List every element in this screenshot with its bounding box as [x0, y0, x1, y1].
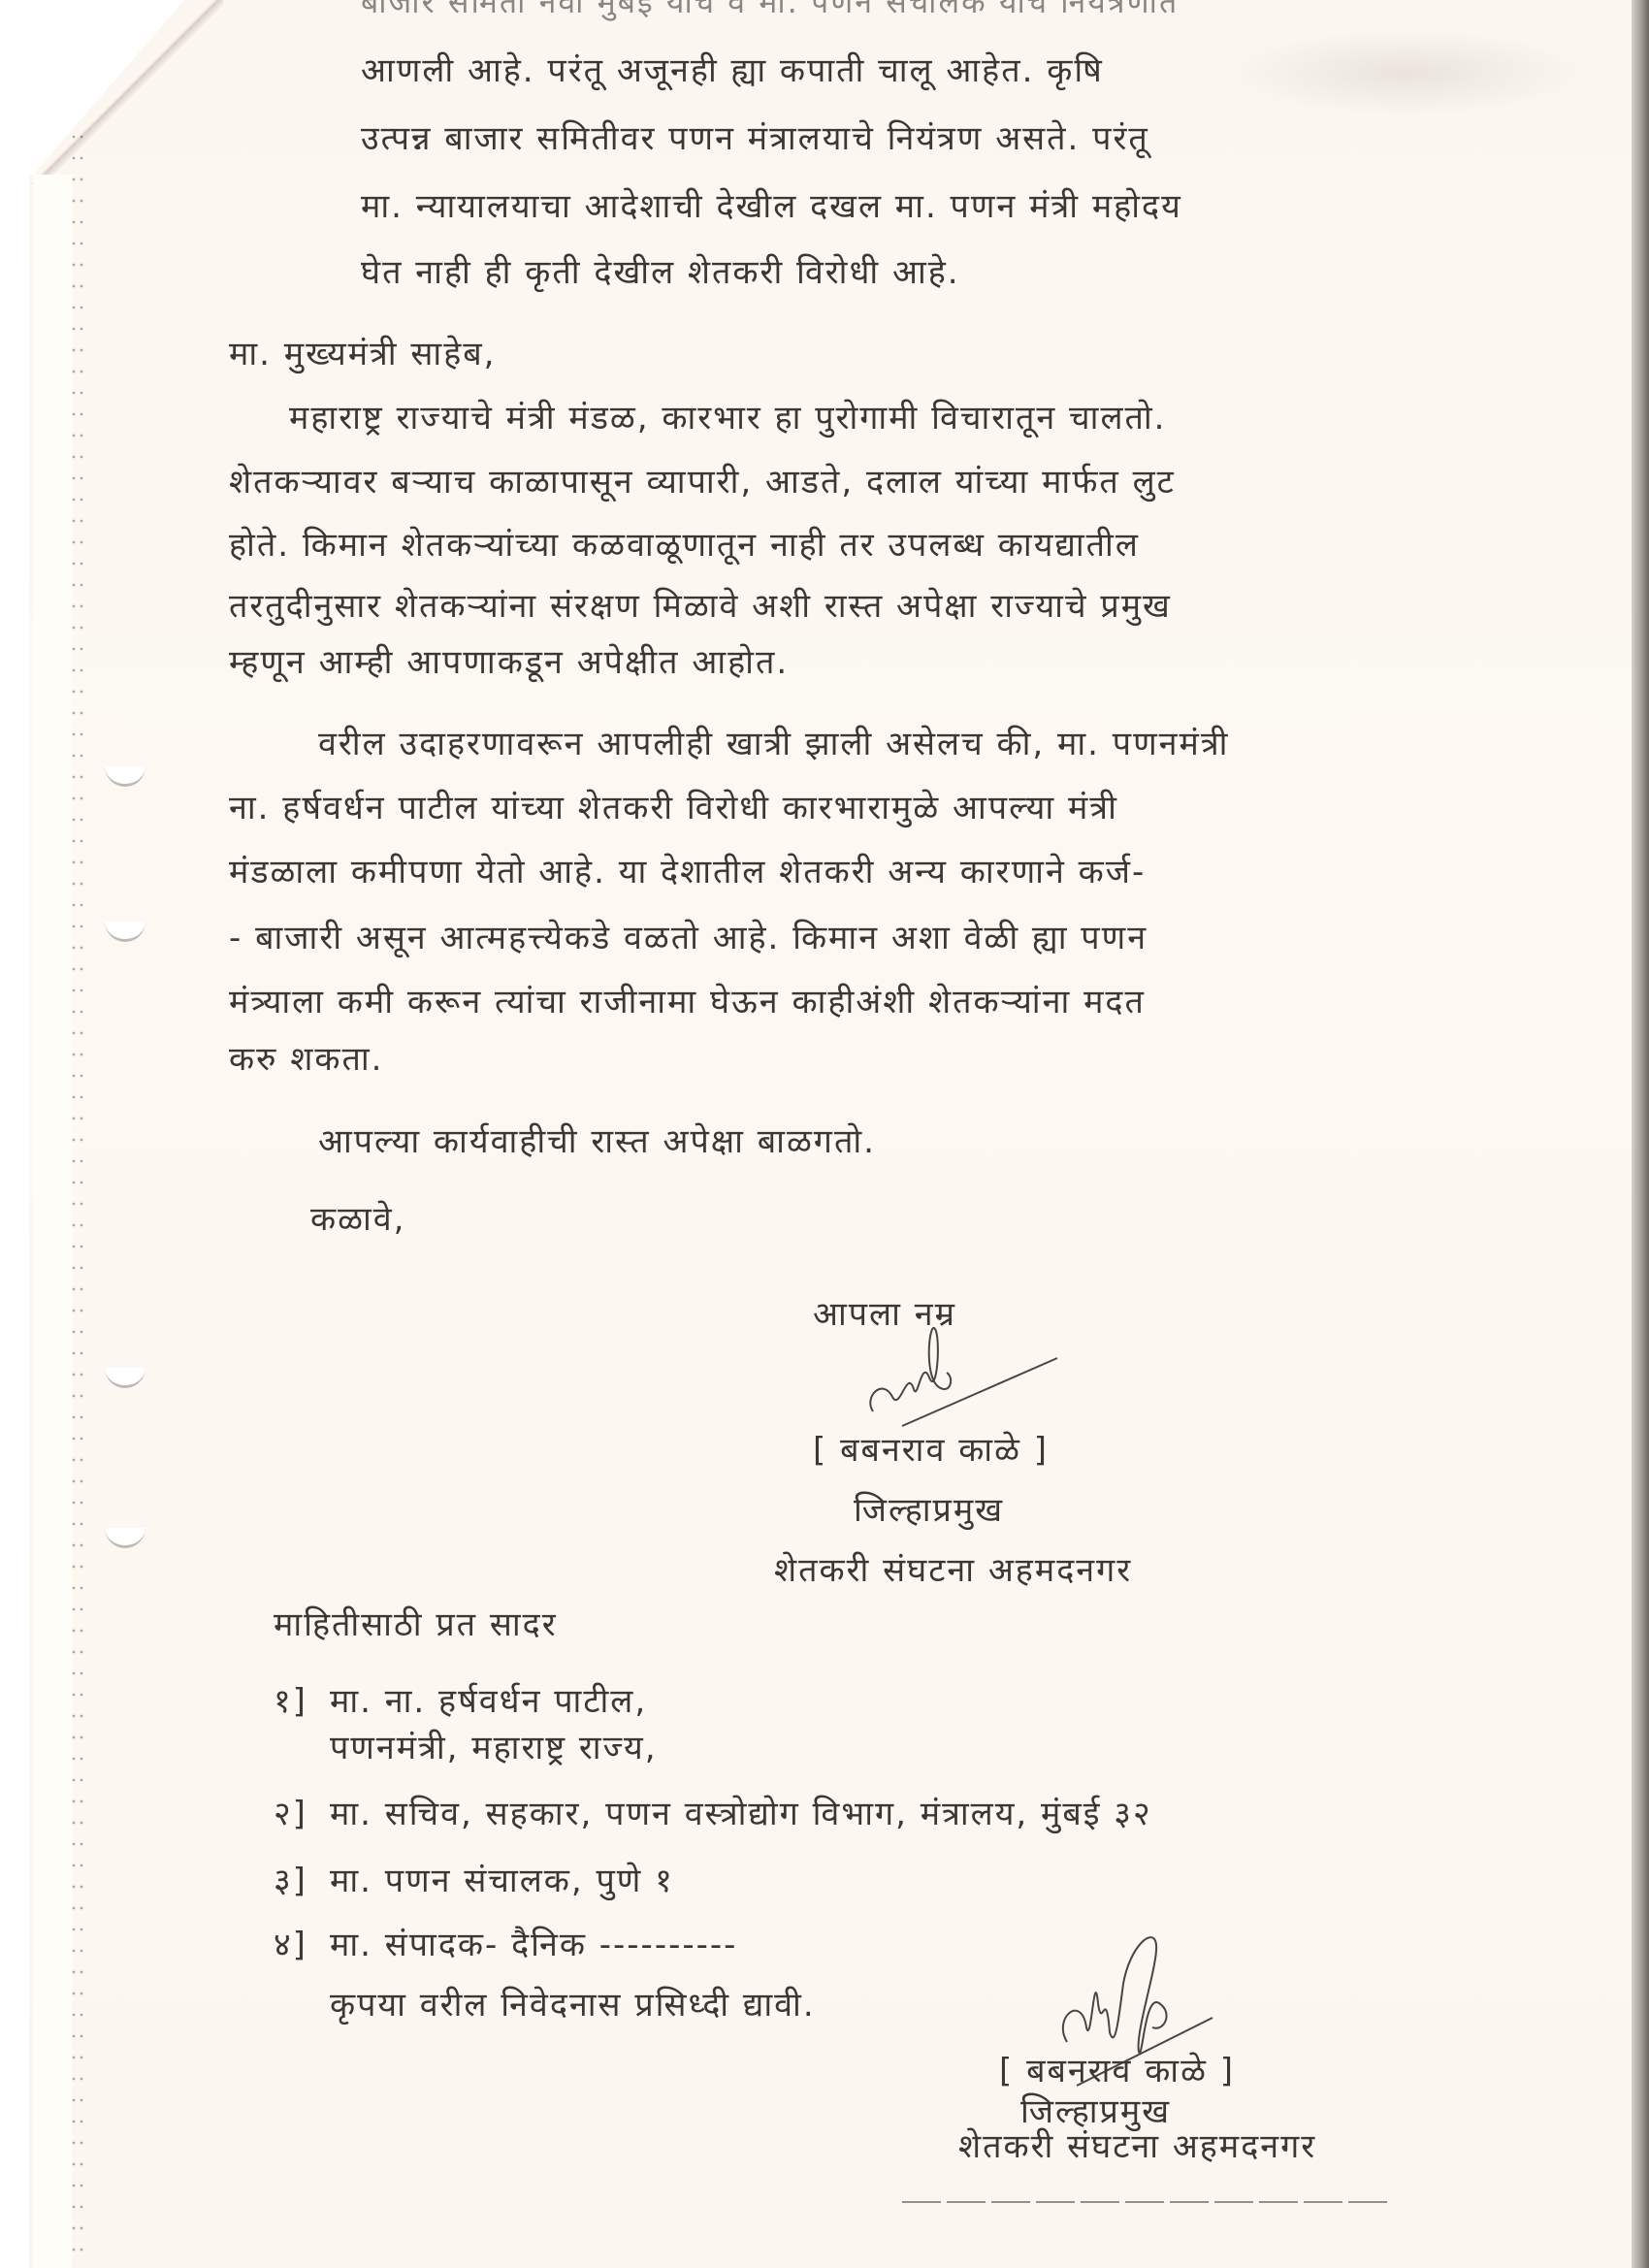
continued-line: आणली आहे. परंतू अजूनही ह्या कपाती चालू आ… — [361, 54, 1104, 87]
paragraph-2-line: करु शकता. — [229, 1043, 383, 1076]
copy-item-4-num: ४] — [274, 1928, 307, 1961]
signatory-name: [ बबनराव काळे ] — [813, 1434, 1049, 1467]
perforation-dots — [70, 126, 83, 2260]
fold-edge-shadow — [29, 0, 223, 184]
salutation: मा. मुख्यमंत्री साहेब, — [229, 338, 496, 371]
scan-edge-shadow — [1632, 0, 1649, 2268]
scan-smudge — [1222, 29, 1591, 116]
continued-line: उत्पन्न बाजार समितीवर पणन मंत्रालयाचे नि… — [361, 122, 1149, 155]
signature-1 — [854, 1319, 1077, 1436]
left-margin-strip — [33, 175, 72, 2268]
copy-item-2-num: २] — [274, 1798, 307, 1831]
signatory-2-name: [ बबनराव काळे ] — [999, 2055, 1235, 2088]
copy-item-1-line: पणनमंत्री, महाराष्ट्र राज्य, — [330, 1732, 658, 1765]
closing-kalave: कळावे, — [310, 1203, 405, 1236]
copy-item-1-num: १] — [274, 1685, 307, 1718]
continued-line-cut: बाजार समिती नवी मुंबई यांच व मा. पणन संच… — [361, 0, 1179, 17]
signatory-title: जिल्हाप्रमुख — [854, 1494, 1004, 1527]
copy-item-3-line: मा. पणन संचालक, पुणे १ — [330, 1864, 674, 1897]
paragraph-2-line: ना. हर्षवर्धन पाटील यांच्या शेतकरी विरोध… — [229, 792, 1118, 825]
closing-request: आपल्या कार्यवाहीची रास्त अपेक्षा बाळगतो. — [318, 1125, 876, 1158]
paragraph-2-line: मंडळाला कमीपणा येतो आहे. या देशातील शेतक… — [229, 856, 1146, 889]
paragraph-1-line: महाराष्ट्र राज्याचे मंत्री मंडळ, कारभार … — [289, 402, 1167, 435]
paragraph-2-line: मंत्र्याला कमी करून त्यांचा राजीनामा घेऊ… — [229, 986, 1146, 1019]
paragraph-1-line: होते. किमान शेतकऱ्यांच्या कळवाळूणातून ना… — [229, 529, 1140, 562]
paragraph-1-line: शेतकऱ्यावर बऱ्याच काळापासून व्यापारी, आड… — [229, 466, 1176, 499]
paragraph-2-line: वरील उदाहरणावरून आपलीही खात्री झाली असेल… — [318, 728, 1229, 761]
paragraph-1-line: म्हणून आम्ही आपणाकडून अपेक्षीत आहोत. — [229, 646, 789, 679]
copy-item-4-line: मा. संपादक- दैनिक ---------- — [330, 1928, 737, 1961]
copy-item-3-num: ३] — [274, 1864, 307, 1897]
signatory-2-title: जिल्हाप्रमुख — [1020, 2095, 1171, 2128]
copy-item-2-line: मा. सचिव, सहकार, पणन वस्त्रोद्योग विभाग,… — [330, 1798, 1152, 1831]
signatory-2-organization: शेतकरी संघटना अहमदनगर — [958, 2130, 1316, 2163]
continued-line: मा. न्यायालयाचा आदेशाची देखील दखल मा. पण… — [361, 190, 1182, 223]
copy-item-4-line: कृपया वरील निवेदनास प्रसिध्दी द्यावी. — [330, 1989, 816, 2022]
continued-line: घेत नाही ही कृती देखील शेतकरी विरोधी आहे… — [361, 256, 960, 289]
signatory-organization: शेतकरी संघटना अहमदनगर — [774, 1554, 1132, 1587]
footer-rule — [902, 2201, 1387, 2203]
copy-heading: माहितीसाठी प्रत सादर — [274, 1608, 558, 1641]
paragraph-2-line: - बाजारी असून आत्महत्त्येकडे वळतो आहे. क… — [229, 922, 1148, 955]
copy-item-1-line: मा. ना. हर्षवर्धन पाटील, — [330, 1685, 647, 1718]
paragraph-1-line: तरतुदीनुसार शेतकऱ्यांना संरक्षण मिळावे अ… — [229, 590, 1172, 623]
